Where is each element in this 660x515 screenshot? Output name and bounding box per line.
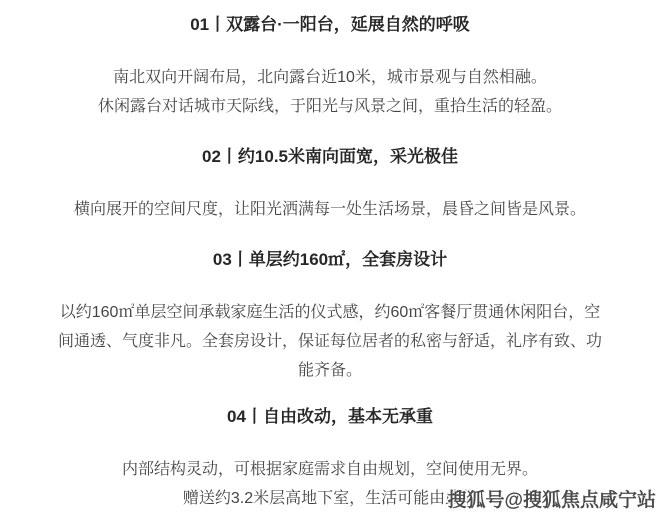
article-page: 01丨双露台·一阳台，延展自然的呼吸 南北双向开阔布局，北向露台近10米，城市景…	[0, 0, 660, 515]
article-section-03: 03丨单层约160㎡，全套房设计 以约160㎡单层空间承载家庭生活的仪式感，约6…	[50, 249, 610, 385]
section-title-02: 02丨约10.5米南向面宽，采光极佳	[50, 146, 610, 168]
article-section-01: 01丨双露台·一阳台，延展自然的呼吸 南北双向开阔布局，北向露台近10米，城市景…	[50, 14, 610, 121]
section-title-01: 01丨双露台·一阳台，延展自然的呼吸	[50, 14, 610, 36]
section-paragraph-03: 以约160㎡单层空间承载家庭生活的仪式感，约60㎡客餐厅贯通休闲阳台，空 间通透…	[50, 298, 610, 385]
sohu-watermark: 搜狐号@搜狐焦点咸宁站	[447, 485, 656, 512]
article-section-02: 02丨约10.5米南向面宽，采光极佳 横向展开的空间尺度，让阳光洒满每一处生活场…	[50, 146, 610, 224]
section-title-03: 03丨单层约160㎡，全套房设计	[50, 249, 610, 271]
section-title-04: 04丨自由改动，基本无承重	[50, 406, 610, 428]
section-paragraph-02: 横向展开的空间尺度，让阳光洒满每一处生活场景，晨昏之间皆是风景。	[50, 195, 610, 224]
section-paragraph-01: 南北双向开阔布局，北向露台近10米，城市景观与自然相融。 休闲露台对话城市天际线…	[50, 63, 610, 121]
